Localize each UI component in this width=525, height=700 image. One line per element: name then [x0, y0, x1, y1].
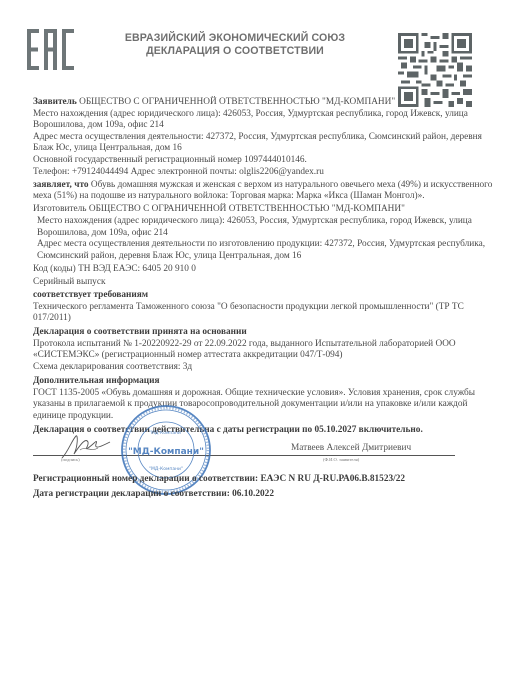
- manufacturer-label: Изготовитель: [33, 204, 87, 214]
- signature-line: [33, 455, 455, 456]
- release-type: Серийный выпуск: [33, 277, 493, 289]
- header-document-title: ДЕКЛАРАЦИЯ О СООТВЕТСТВИИ: [110, 45, 360, 58]
- additional-info-label: Дополнительная информация: [33, 376, 493, 388]
- applicant-ogrn: Основной государственный регистрационный…: [33, 155, 493, 167]
- registration-number: Регистрационный номер декларации о соотв…: [33, 472, 503, 487]
- manufacturer-block: Изготовитель ОБЩЕСТВО С ОГРАНИЧЕННОЙ ОТВ…: [33, 204, 493, 216]
- basis-text: Протокола испытаний № 1-20220922-29 от 2…: [33, 339, 493, 362]
- svg-text:"МД-Компани": "МД-Компани": [149, 430, 183, 436]
- manufacturer-legal-address: Место нахождения (адрес юридического лиц…: [33, 216, 493, 239]
- signature-row: Матвеев Алексей Дмитриевич (подпись) (Ф.…: [33, 455, 455, 469]
- signatory-caption: (Ф.И.О. заявителя): [323, 457, 359, 462]
- requirements-text: Технического регламента Таможенного союз…: [33, 302, 493, 325]
- qr-code-icon: [398, 33, 472, 107]
- eac-logo-icon: [27, 29, 74, 70]
- registration-date: Дата регистрации декларации о соответств…: [33, 487, 503, 502]
- declaration-body: Заявитель ОБЩЕСТВО С ОГРАНИЧЕННОЙ ОТВЕТС…: [33, 97, 493, 437]
- declares-label: заявляет, что: [33, 180, 89, 190]
- product-description: Обувь домашняя мужская и женская с верхо…: [33, 180, 492, 202]
- manufacturer-production-address: Адрес места осуществления деятельности п…: [33, 239, 493, 262]
- declares-block: заявляет, что Обувь домашняя мужская и ж…: [33, 180, 493, 203]
- signature-caption: (подпись): [61, 457, 80, 462]
- applicant-legal-address: Место нахождения (адрес юридического лиц…: [33, 109, 493, 132]
- additional-info-text: ГОСТ 1135-2005 «Обувь домашняя и дорожна…: [33, 388, 493, 423]
- svg-text:"МД-Компани": "МД-Компани": [128, 447, 204, 457]
- applicant-name: ОБЩЕСТВО С ОГРАНИЧЕННОЙ ОТВЕТСТВЕННОСТЬЮ…: [79, 97, 395, 107]
- applicant-contacts: Телефон: +79124044494 Адрес электронной …: [33, 167, 493, 179]
- applicant-label: Заявитель: [33, 97, 77, 107]
- declaration-scheme: Схема декларирования соответствия: 3д: [33, 362, 493, 374]
- declaration-page: ЕВРАЗИЙСКИЙ ЭКОНОМИЧЕСКИЙ СОЮЗ ДЕКЛАРАЦИ…: [0, 0, 525, 700]
- signatory-name: Матвеев Алексей Дмитриевич: [291, 443, 411, 453]
- registration-block: Регистрационный номер декларации о соотв…: [33, 472, 503, 502]
- manufacturer-name: ОБЩЕСТВО С ОГРАНИЧЕННОЙ ОТВЕТСТВЕННОСТЬЮ…: [89, 204, 405, 214]
- applicant-block: Заявитель ОБЩЕСТВО С ОГРАНИЧЕННОЙ ОТВЕТС…: [33, 97, 493, 109]
- applicant-activity-address: Адрес места осуществления деятельности: …: [33, 132, 493, 155]
- requirements-label: соответствует требованиям: [33, 290, 493, 302]
- header-union-title: ЕВРАЗИЙСКИЙ ЭКОНОМИЧЕСКИЙ СОЮЗ: [110, 32, 360, 45]
- document-header: ЕВРАЗИЙСКИЙ ЭКОНОМИЧЕСКИЙ СОЮЗ ДЕКЛАРАЦИ…: [110, 32, 360, 58]
- tn-ved-code: Код (коды) ТН ВЭД ЕАЭС: 6405 20 910 0: [33, 264, 493, 276]
- basis-label: Декларация о соответствии принята на осн…: [33, 327, 493, 339]
